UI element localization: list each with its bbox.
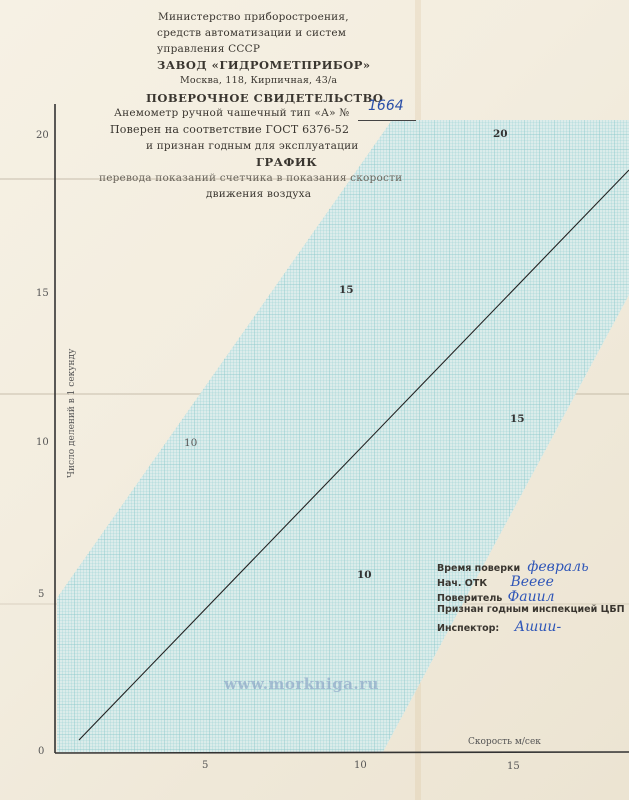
label: Нач. ОТК — [437, 578, 487, 589]
ministry-line: управления СССР — [157, 43, 260, 55]
serial-underline — [358, 120, 416, 121]
ministry-line: средств автоматизации и систем — [157, 27, 346, 39]
inspector-row: Инспектор: Ашии- — [437, 619, 561, 635]
band-label: 15 — [510, 413, 525, 425]
instrument-line: Анемометр ручной чашечный тип «А» № — [114, 107, 349, 119]
verification-time-value: февраль — [527, 559, 588, 575]
certificate-title: ПОВЕРОЧНОЕ СВИДЕТЕЛЬСТВО — [146, 91, 383, 105]
approved-inspection-label: Признан годным инспекцией ЦБП — [437, 604, 625, 615]
y-axis-title: Число делений в 1 секунду — [67, 349, 77, 478]
verifier-signature: Фаиил — [508, 589, 555, 605]
ministry-line: Министерство приборостроения, — [158, 11, 349, 23]
band-label: 15 — [339, 284, 354, 296]
grid-band — [57, 120, 629, 752]
y-tick-label: 10 — [36, 437, 49, 448]
x-axis — [55, 752, 629, 753]
label: Время поверки — [437, 563, 520, 574]
label: Инспектор: — [437, 623, 499, 634]
y-tick-label: 20 — [36, 130, 49, 141]
graph-subtitle: движения воздуха — [206, 188, 311, 200]
otk-head-row: Нач. ОТК Вееее — [437, 574, 554, 590]
band-label: 10 — [357, 569, 372, 581]
y-tick-label: 5 — [38, 589, 44, 600]
factory-address: Москва, 118, Кирпичная, 43/а — [180, 75, 337, 86]
x-axis-title: Скорость м/сек — [468, 737, 541, 747]
otk-signature: Вееее — [510, 574, 553, 590]
verification-time-label: Время поверки февраль — [437, 559, 589, 575]
x-tick-label: 15 — [507, 761, 520, 772]
y-tick-label: 0 — [38, 746, 44, 757]
inspector-signature: Ашии- — [515, 619, 562, 635]
factory-name: ЗАВОД «ГИДРОМЕТПРИБОР» — [157, 58, 371, 72]
graph-title: ГРАФИК — [256, 155, 317, 169]
verifier-row: Поверитель Фаиил — [437, 589, 555, 605]
y-tick-label: 15 — [36, 288, 49, 299]
band-label: 10 — [184, 437, 197, 449]
x-tick-label: 5 — [202, 760, 208, 771]
serial-number: 1664 — [368, 98, 404, 114]
approved-line: и признан годным для эксплуатации — [146, 140, 358, 152]
band-label: 20 — [493, 128, 508, 140]
label: Поверитель — [437, 593, 502, 604]
graph-subtitle: перевода показаний счетчика в показания … — [99, 172, 402, 184]
x-tick-label: 10 — [354, 760, 367, 771]
verified-line: Поверен на соответствие ГОСТ 6376-52 — [110, 123, 349, 136]
watermark: www.morkniga.ru — [224, 675, 379, 693]
